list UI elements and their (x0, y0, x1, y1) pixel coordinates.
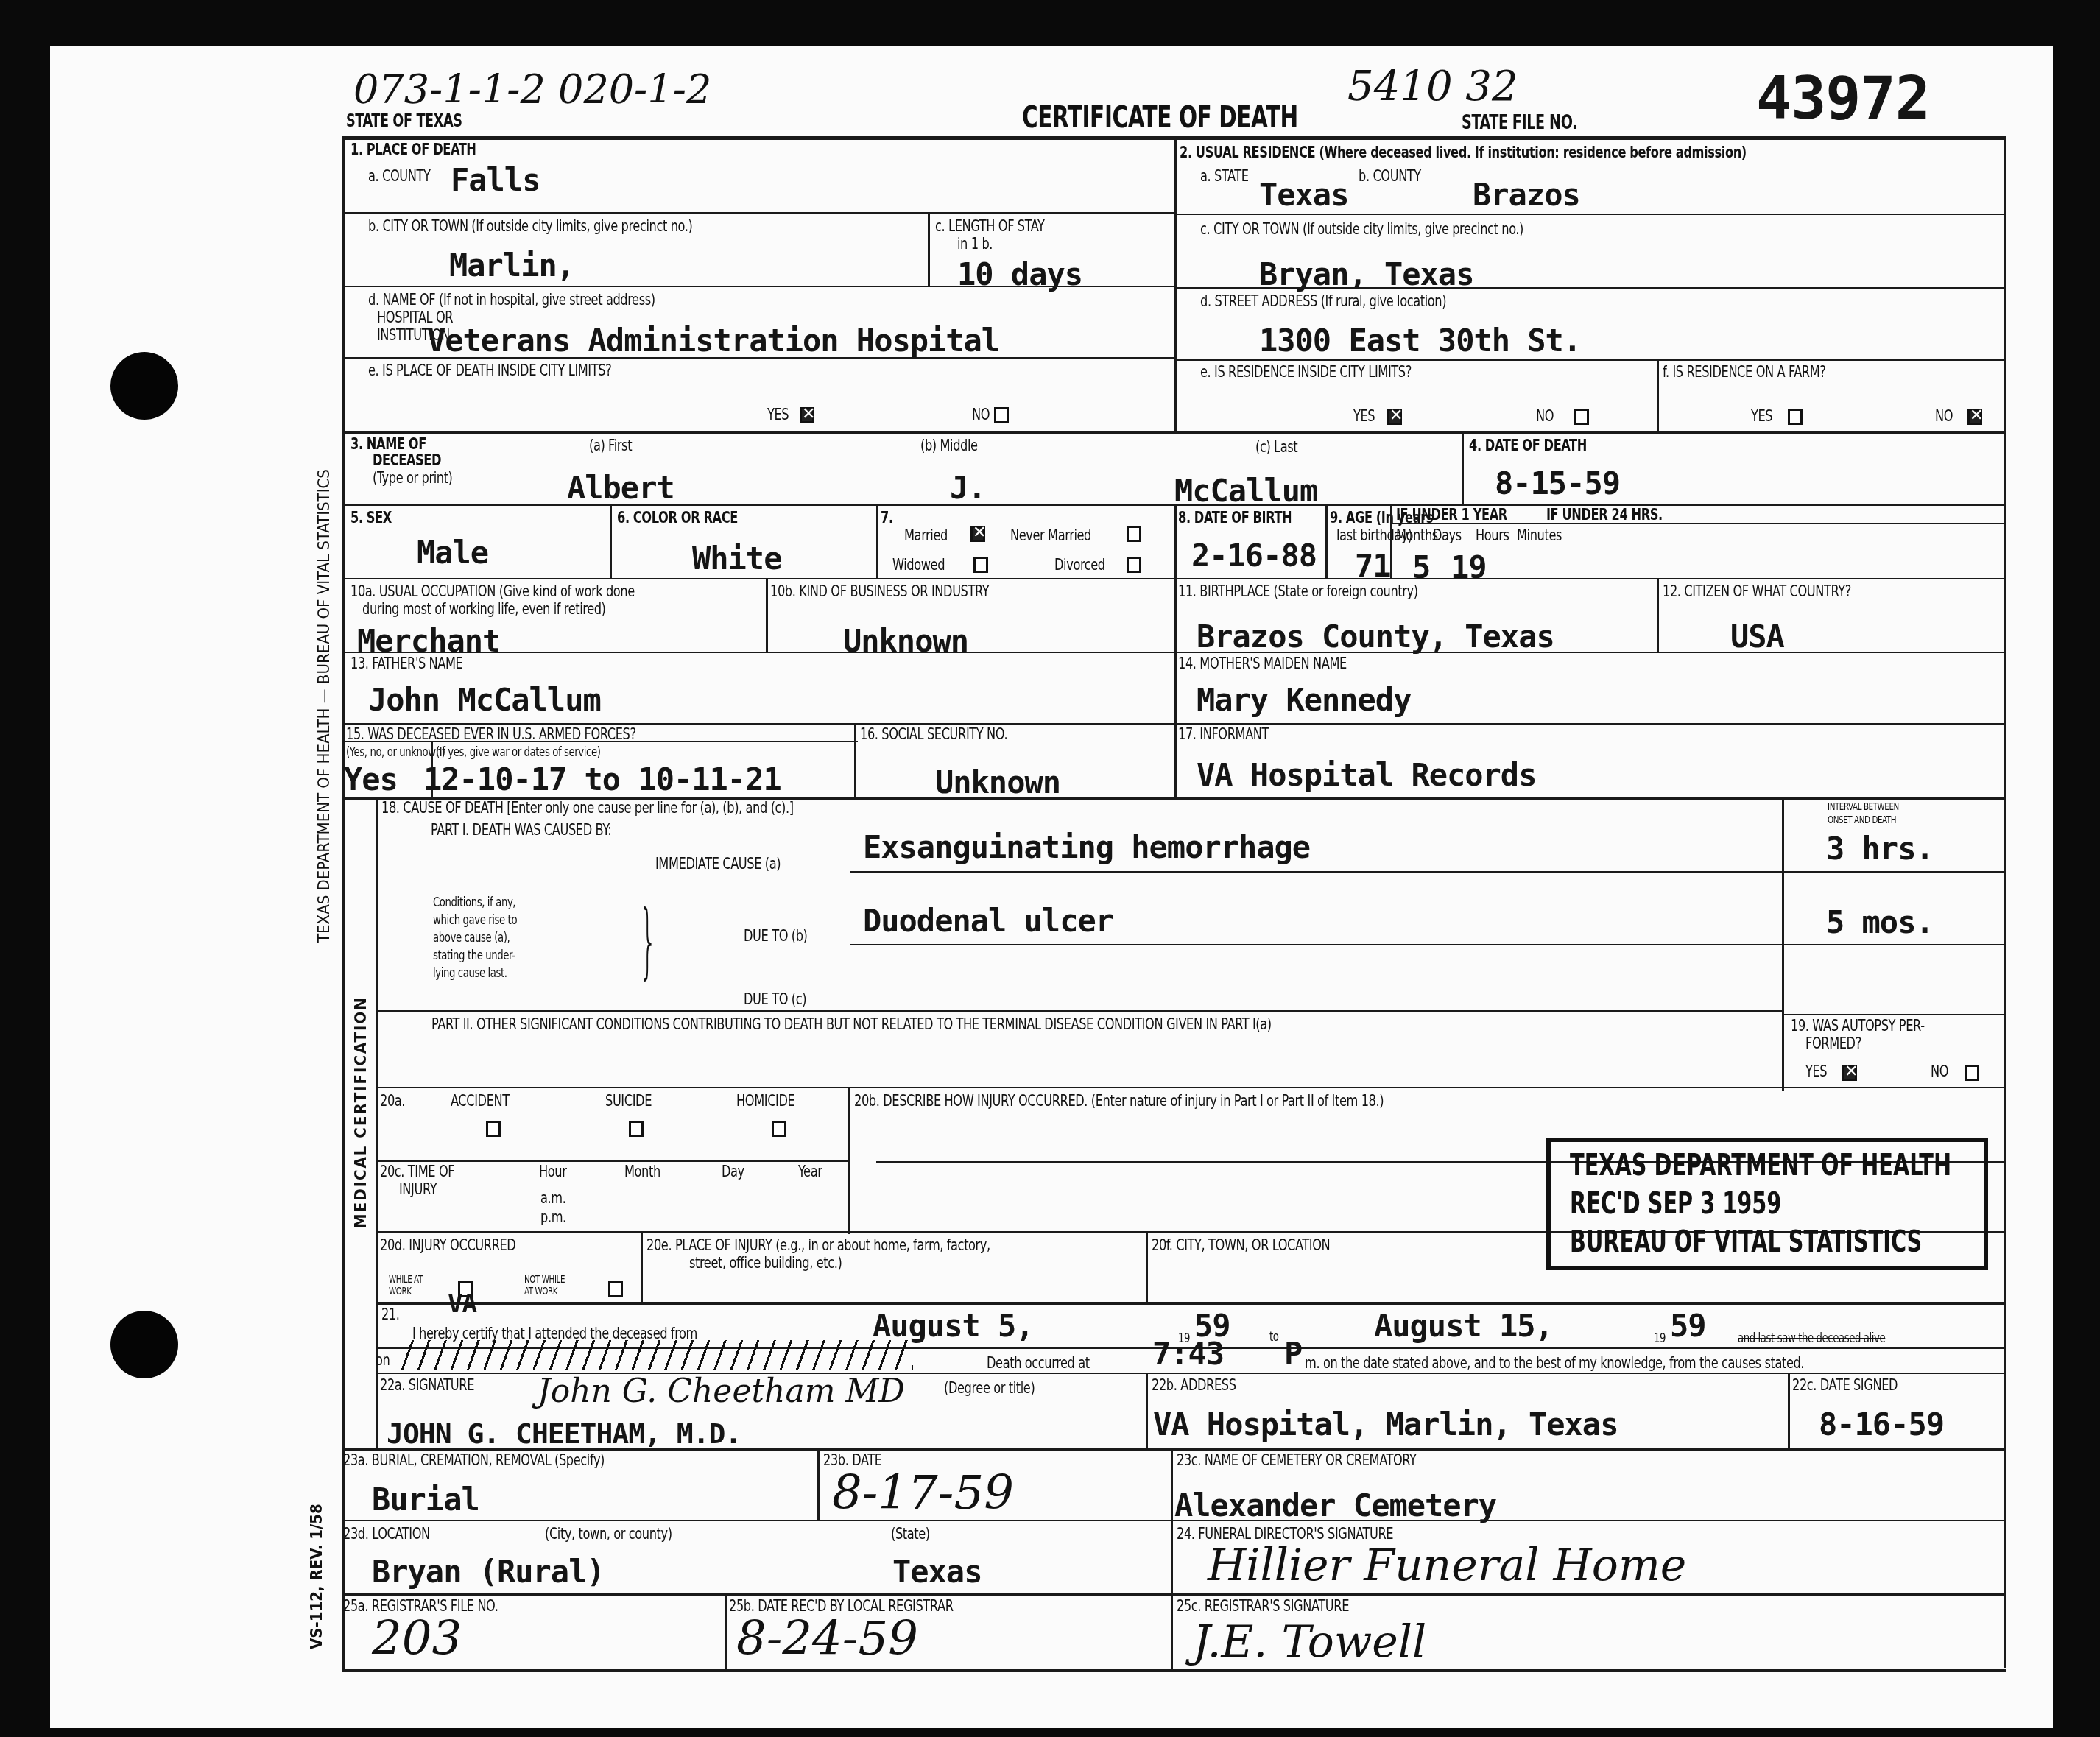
length-of-stay-sublabel: in 1 b. (957, 236, 993, 253)
funeral-director-signature: Hillier Funeral Home (1208, 1543, 1686, 1588)
divider (1462, 431, 1464, 504)
res-inside-limits-no-checkbox[interactable] (1574, 409, 1589, 425)
rule (376, 1010, 1782, 1012)
rule (376, 1302, 2004, 1305)
informant-label: 17. INFORMANT (1178, 726, 1269, 744)
divider (1174, 578, 1177, 652)
citizen-label: 12. CITIZEN OF WHAT COUNTRY? (1663, 583, 1851, 601)
attended-to-year: 59 (1670, 1309, 1706, 1343)
divider (1657, 578, 1659, 652)
autopsy-no-checkbox[interactable] (1965, 1065, 1979, 1081)
accident-label: ACCIDENT (451, 1093, 510, 1110)
physician-signature: John G. Cheetham MD (538, 1370, 905, 1414)
frame-left (342, 136, 345, 1669)
burial-date: 8-17-59 (832, 1471, 1014, 1515)
last-name: McCallum (1174, 474, 1317, 508)
married-label: Married (904, 527, 948, 545)
rule (376, 1087, 2004, 1088)
pm-label: p.m. (540, 1209, 566, 1227)
ssn-label: 16. SOCIAL SECURITY NO. (860, 726, 1007, 744)
handwritten-file-code: 5410 32 (1347, 65, 1518, 109)
divider (1171, 1448, 1173, 1669)
divider (1174, 652, 1177, 725)
yes-label: YES (1751, 408, 1772, 426)
physician-name: JOHN G. CHEETHAM, M.D. (387, 1417, 741, 1451)
occupation-label-2: during most of working life, even if ret… (362, 601, 606, 619)
first-name: Albert (567, 471, 674, 505)
county-label: a. COUNTY (368, 168, 431, 186)
rule (342, 357, 1174, 359)
burial-location: Bryan (Rural) (372, 1555, 605, 1589)
minutes-label: Minutes (1517, 527, 1562, 545)
conditions-note-1: Conditions, if any, (433, 895, 515, 910)
res-county-label: b. COUNTY (1359, 168, 1421, 186)
rule (342, 212, 1174, 214)
marital-label: 7. (881, 510, 893, 527)
time-of-injury-label: 20c. TIME OF (380, 1163, 454, 1181)
days-label: Days (1433, 527, 1462, 545)
part1-label: PART I. DEATH WAS CAUSED BY: (431, 822, 611, 839)
frame-right (2004, 136, 2006, 1668)
rule (1390, 523, 2004, 524)
first-name-label: (a) First (589, 437, 632, 455)
not-while-at-work-checkbox[interactable] (608, 1281, 623, 1297)
age-days: 19 (1451, 551, 1487, 585)
interval-a: 3 hrs. (1826, 832, 1934, 866)
rule (342, 652, 2004, 653)
state-sublabel: (State) (891, 1526, 930, 1543)
certification-insert: VA (448, 1287, 476, 1321)
punch-hole (110, 352, 178, 420)
father-label: 13. FATHER'S NAME (350, 655, 462, 673)
local-registrar-date: 8-24-59 (736, 1617, 918, 1661)
month-label: Month (624, 1163, 660, 1181)
dob-label: 8. DATE OF BIRTH (1178, 510, 1292, 527)
divider (1174, 504, 1177, 578)
citizen: USA (1730, 620, 1784, 654)
occupation-label: 10a. USUAL OCCUPATION (Give kind of work… (350, 583, 635, 601)
middle-name: J. (950, 471, 986, 505)
service-dates: 12-10-17 to 10-11-21 (423, 763, 781, 797)
year-label: Year (798, 1163, 822, 1181)
farm-label: f. IS RESIDENCE ON A FARM? (1663, 364, 1826, 381)
city-town-county-label: (City, town, or county) (545, 1526, 672, 1543)
place-of-death-label: 1. PLACE OF DEATH (350, 141, 476, 159)
death-city: Marlin, (449, 249, 574, 283)
strikethrough-marks (398, 1340, 913, 1370)
res-county: Brazos (1473, 178, 1580, 212)
yes-label: YES (1805, 1063, 1827, 1081)
rule (342, 1593, 2004, 1596)
time-of-injury-label-2: INJURY (399, 1181, 437, 1199)
rule (850, 871, 1782, 873)
conditions-note-4: stating the under- (433, 948, 515, 963)
divider (817, 1448, 820, 1521)
age-months: 5 (1412, 551, 1430, 585)
res-inside-limits-label: e. IS RESIDENCE INSIDE CITY LIMITS? (1200, 364, 1412, 381)
place-of-injury-label-2: street, office building, etc.) (689, 1255, 842, 1272)
certification-tail: m. on the date stated above, and to the … (1305, 1355, 1804, 1373)
yes-label: YES (1353, 408, 1375, 426)
ssn: Unknown (935, 766, 1060, 800)
autopsy-label-2: FORMED? (1805, 1035, 1861, 1053)
year-prefix: 19 (1654, 1331, 1666, 1346)
divider (928, 212, 930, 286)
divider (1146, 1231, 1148, 1302)
birthplace: Brazos County, Texas (1197, 620, 1554, 654)
immediate-cause: Exsanguinating hemorrhage (863, 831, 1310, 864)
farm-yes-checkbox[interactable] (1788, 409, 1803, 425)
res-state-label: a. STATE (1200, 168, 1249, 186)
due-to-b: Duodenal ulcer (863, 904, 1113, 938)
divider (1390, 504, 1392, 578)
hour-label: Hour (539, 1163, 566, 1181)
degree-label: (Degree or title) (944, 1380, 1035, 1398)
hours-label: Hours (1476, 527, 1509, 545)
race-label: 6. COLOR OR RACE (617, 510, 738, 527)
res-inside-limits-yes-checkbox[interactable] (1387, 409, 1402, 425)
autopsy-yes-checkbox[interactable] (1842, 1065, 1857, 1081)
business-label: 10b. KIND OF BUSINESS OR INDUSTRY (770, 583, 989, 601)
mother-label: 14. MOTHER'S MAIDEN NAME (1178, 655, 1347, 673)
struck-text: and last saw the deceased alive (1738, 1331, 1885, 1346)
punch-hole (110, 1311, 178, 1378)
date-signed-label: 22c. DATE SIGNED (1792, 1377, 1898, 1395)
burial-state: Texas (892, 1555, 982, 1589)
divider (854, 723, 856, 797)
accident-checkbox[interactable] (486, 1121, 501, 1137)
stamp-line-2: REC'D SEP 3 1959 (1570, 1188, 1781, 1220)
burial-method: Burial (372, 1483, 479, 1517)
hospital-label: d. NAME OF (If not in hospital, give str… (368, 292, 655, 309)
divider (766, 578, 768, 652)
divider (1174, 723, 1177, 797)
conditions-note-3: above cause (a), (433, 931, 510, 945)
injury-occurred-label: 20d. INJURY OCCURRED (380, 1237, 515, 1255)
months-label: Months (1396, 527, 1438, 545)
date-of-death: 8-15-59 (1495, 467, 1620, 501)
am-label: a.m. (540, 1190, 565, 1208)
document-title: CERTIFICATE OF DEATH (1022, 102, 1298, 134)
death-inside-limits-yes-checkbox[interactable] (800, 407, 814, 423)
name-label-3: (Type or print) (373, 470, 453, 487)
usual-residence-label: 2. USUAL RESIDENCE (Where deceased lived… (1180, 144, 1747, 162)
autopsy-label: 19. WAS AUTOPSY PER- (1791, 1018, 1925, 1035)
no-label: NO (1536, 408, 1554, 426)
widowed-label: Widowed (892, 557, 945, 574)
divider (725, 1593, 727, 1669)
certification-number: 21. (381, 1306, 400, 1324)
form-number: VS-112, REV. 1/58 (308, 1504, 326, 1649)
divider (376, 797, 378, 1448)
date-signed: 8-16-59 (1819, 1408, 1944, 1442)
inside-limits-label: e. IS PLACE OF DEATH INSIDE CITY LIMITS? (368, 362, 611, 380)
homicide-checkbox[interactable] (772, 1121, 786, 1137)
divider (1146, 1373, 1148, 1448)
signature-label: 22a. SIGNATURE (380, 1377, 474, 1395)
part2-label: PART II. OTHER SIGNIFICANT CONDITIONS CO… (431, 1016, 1272, 1034)
mother-name: Mary Kennedy (1197, 683, 1411, 717)
due-to-b-label: DUE TO (b) (744, 928, 807, 945)
farm-no-checkbox[interactable] (1967, 409, 1982, 425)
informant: VA Hospital Records (1197, 758, 1536, 792)
under-24-label: IF UNDER 24 HRS. (1546, 507, 1663, 524)
divorced-checkbox[interactable] (1127, 557, 1141, 573)
divider (1174, 136, 1177, 431)
divider (1657, 359, 1659, 431)
married-checkbox[interactable] (970, 526, 985, 542)
divider (1788, 1373, 1790, 1448)
interval-label-2: ONSET AND DEATH (1828, 814, 1896, 826)
certificate-page (50, 46, 2053, 1728)
brace-icon: } (639, 900, 658, 981)
rule (376, 1160, 848, 1162)
interval-b: 5 mos. (1826, 906, 1934, 940)
death-occurred-label: Death occurred at (987, 1355, 1090, 1373)
interval-label: INTERVAL BETWEEN (1828, 801, 1899, 813)
yes-label: YES (767, 406, 789, 424)
date-of-birth: 2-16-88 (1191, 539, 1317, 573)
divider (610, 504, 612, 578)
occupation: Merchant (357, 624, 500, 658)
burial-method-label: 23a. BURIAL, CREMATION, REMOVAL (Specify… (343, 1452, 605, 1470)
divider (848, 1087, 850, 1234)
received-stamp: TEXAS DEPARTMENT OF HEALTH REC'D SEP 3 1… (1546, 1138, 1988, 1270)
rule (342, 578, 2004, 579)
cemetery-name: Alexander Cemetery (1174, 1489, 1496, 1523)
rule (342, 741, 858, 742)
rule (1782, 1014, 2004, 1015)
death-inside-limits-no-checkbox[interactable] (994, 407, 1009, 423)
suicide-checkbox[interactable] (629, 1121, 644, 1137)
res-city-label: c. CITY OR TOWN (If outside city limits,… (1200, 221, 1523, 239)
birthplace-label: 11. BIRTHPLACE (State or foreign country… (1178, 583, 1418, 601)
divider (876, 504, 878, 578)
cemetery-label: 23c. NAME OF CEMETERY OR CREMATORY (1177, 1452, 1417, 1470)
stamp-line-1: TEXAS DEPARTMENT OF HEALTH (1570, 1149, 1951, 1182)
time-ampm: P (1284, 1337, 1302, 1371)
under-year-label: IF UNDER 1 YEAR (1396, 507, 1507, 524)
state-file-number: 43972 (1756, 68, 1930, 130)
divider (641, 1231, 643, 1302)
no-label: NO (1931, 1063, 1948, 1081)
not-while-at-work-label: NOT WHILE AT WORK (524, 1274, 573, 1297)
no-label: NO (972, 406, 990, 424)
registrar-signature: J.E. Towell (1193, 1620, 1426, 1664)
never-married-checkbox[interactable] (1127, 526, 1141, 542)
registrar-signature-label: 25c. REGISTRAR'S SIGNATURE (1177, 1598, 1349, 1616)
city-label: b. CITY OR TOWN (If outside city limits,… (368, 218, 692, 236)
day-label: Day (722, 1163, 744, 1181)
rule (1782, 871, 2004, 873)
father-name: John McCallum (368, 683, 601, 717)
death-county: Falls (451, 163, 540, 197)
service-sub-label: (If yes, give war or dates of service) (436, 745, 600, 760)
handwritten-codes: 073-1-1-2 020-1-2 (353, 68, 711, 112)
business: Unknown (843, 624, 968, 658)
rule (1174, 287, 2004, 289)
attended-to: August 15, (1374, 1309, 1553, 1343)
state-label: STATE OF TEXAS (346, 112, 462, 130)
last-name-label: (c) Last (1255, 439, 1297, 457)
stamp-line-3: BUREAU OF VITAL STATISTICS (1570, 1226, 1922, 1258)
rule (342, 1448, 2004, 1451)
conditions-note-5: lying cause last. (433, 966, 507, 981)
while-at-work-label: WHILE AT WORK (389, 1274, 431, 1297)
address-label: 22b. ADDRESS (1152, 1377, 1236, 1395)
injury-city-label: 20f. CITY, TOWN, OR LOCATION (1152, 1237, 1330, 1255)
rule (1782, 944, 2004, 945)
physician-address: VA Hospital, Marlin, Texas (1153, 1408, 1618, 1442)
hospital-name: Veterans Administration Hospital (427, 324, 999, 358)
rule (1174, 214, 2004, 215)
attended-from: August 5, (873, 1309, 1034, 1343)
rule (342, 1520, 2004, 1521)
homicide-label: HOMICIDE (736, 1093, 794, 1110)
rule (850, 944, 1782, 945)
due-to-c-label: DUE TO (c) (744, 991, 806, 1009)
on-label: on (376, 1352, 390, 1370)
date-of-death-label: 4. DATE OF DEATH (1469, 437, 1587, 455)
length-of-stay-label: c. LENGTH OF STAY (935, 218, 1045, 236)
department-side-label: TEXAS DEPARTMENT OF HEALTH — BUREAU OF V… (315, 469, 334, 943)
no-label: NO (1935, 408, 1953, 426)
place-of-injury-label: 20e. PLACE OF INJURY (e.g., in or about … (646, 1237, 990, 1255)
sex-label: 5. SEX (350, 510, 392, 527)
middle-name-label: (b) Middle (920, 437, 978, 455)
rule (1174, 359, 2004, 361)
cause-of-death-label: 18. CAUSE OF DEATH [Enter only one cause… (381, 800, 794, 817)
describe-injury-label: 20b. DESCRIBE HOW INJURY OCCURRED. (Ente… (854, 1093, 1384, 1110)
divider (1325, 504, 1328, 578)
never-married-label: Never Married (1010, 527, 1091, 545)
time-of-death: 7:43 (1152, 1337, 1224, 1371)
rule (342, 431, 2004, 434)
medical-certification-label: MEDICAL CERTIFICATION (352, 996, 370, 1228)
to-label: to (1269, 1330, 1279, 1345)
injury-type-label: 20a. (380, 1093, 405, 1110)
rule (342, 286, 1174, 287)
suicide-label: SUICIDE (605, 1093, 652, 1110)
name-label-2: DECEASED (373, 452, 441, 470)
state-file-no-label: STATE FILE NO. (1462, 114, 1577, 132)
res-street: 1300 East 30th St. (1259, 324, 1581, 358)
sex: Male (417, 536, 488, 570)
conditions-note-2: which gave rise to (433, 913, 517, 928)
burial-location-label: 23d. LOCATION (343, 1526, 430, 1543)
immediate-cause-label: IMMEDIATE CAUSE (a) (655, 856, 781, 873)
widowed-checkbox[interactable] (973, 557, 988, 573)
race: White (692, 542, 781, 576)
armed-forces: Yes (344, 763, 398, 797)
registrar-file-no: 203 (372, 1617, 462, 1661)
frame-bottom (342, 1669, 2006, 1672)
rule (342, 504, 2004, 506)
rule (342, 723, 2004, 725)
res-state: Texas (1259, 178, 1348, 212)
res-street-label: d. STREET ADDRESS (If rural, give locati… (1200, 293, 1446, 311)
divorced-label: Divorced (1054, 557, 1105, 574)
